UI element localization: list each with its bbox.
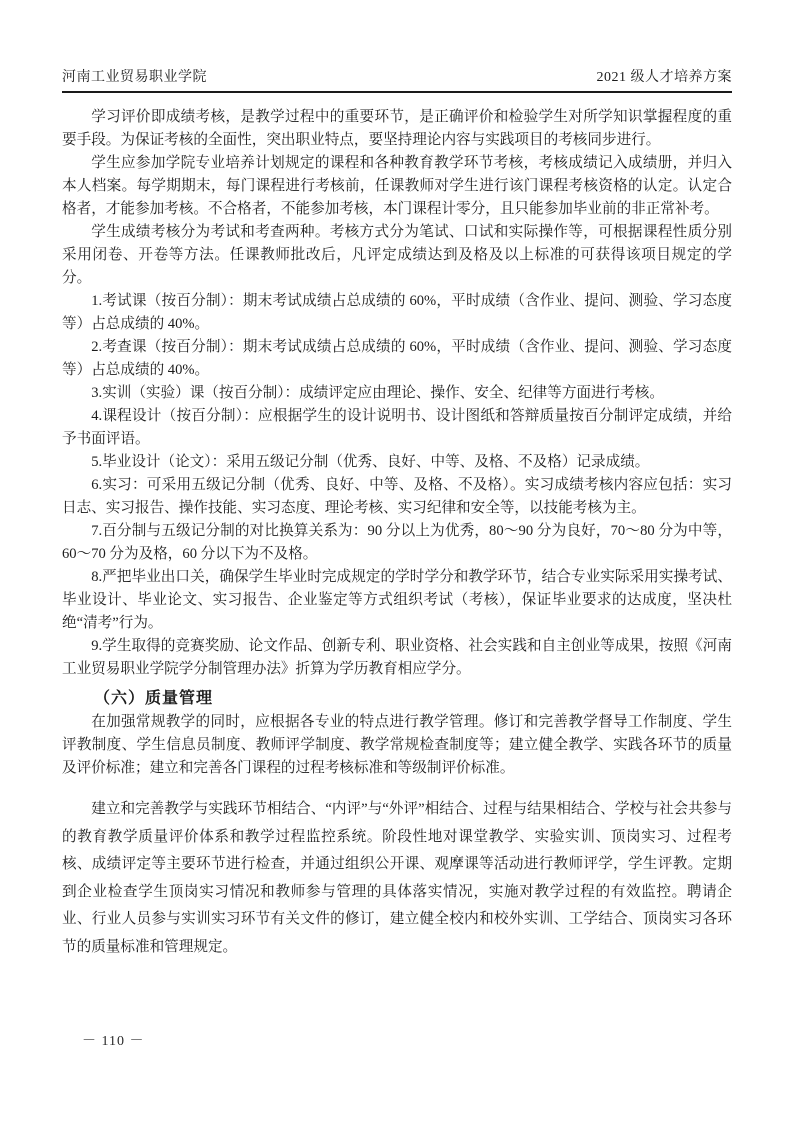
list-item-1-exam-course: 1.考试课（按百分制）：期末考试成绩占总成绩的 60%，平时成绩（含作业、提问、…	[62, 290, 732, 336]
page-header: 河南工业贸易职业学院 2021 级人才培养方案	[62, 66, 732, 93]
paragraph-grade-assessment-intro: 学习评价即成绩考核，是教学过程中的重要环节，是正确评价和检验学生对所学知识掌握程…	[62, 106, 732, 152]
page-footer: － 110 －	[82, 1030, 144, 1050]
paragraph-assessment-types: 学生成绩考核分为考试和考查两种。考核方式分为笔试、口试和实际操作等，可根据课程性…	[62, 221, 732, 290]
header-plan-title: 2021 级人才培养方案	[597, 66, 733, 86]
list-item-5-graduation-design: 5.毕业设计（论文）：采用五级记分制（优秀、良好、中等、及格、不及格）记录成绩。	[62, 451, 732, 474]
page-number: － 110 －	[82, 1034, 144, 1049]
page-body: 学习评价即成绩考核，是教学过程中的重要环节，是正确评价和检验学生对所学知识掌握程…	[62, 106, 732, 961]
paragraph-assessment-qualification: 学生应参加学院专业培养计划规定的课程和各种教育教学环节考核，考核成绩记入成绩册，…	[62, 152, 732, 221]
list-item-4-course-design: 4.课程设计（按百分制）：应根据学生的设计说明书、设计图纸和答辩质量按百分制评定…	[62, 405, 732, 451]
header-school-name: 河南工业贸易职业学院	[62, 66, 207, 86]
list-item-7-score-conversion: 7.百分制与五级记分制的对比换算关系为：90 分以上为优秀，80～90 分为良好…	[62, 520, 732, 566]
list-item-9-achievement-credits: 9.学生取得的竞赛奖励、论文作品、创新专利、职业资格、社会实践和自主创业等成果，…	[62, 635, 732, 681]
document-page: 河南工业贸易职业学院 2021 级人才培养方案 学习评价即成绩考核，是教学过程中…	[0, 0, 793, 1122]
list-item-2-check-course: 2.考查课（按百分制）：期末考试成绩占总成绩的 60%，平时成绩（含作业、提问、…	[62, 336, 732, 382]
paragraph-quality-management-systems: 在加强常规教学的同时，应根据各专业的特点进行教学管理。修订和完善教学督导工作制度…	[62, 711, 732, 780]
section-heading-quality-management: （六）质量管理	[62, 686, 732, 711]
list-item-3-practical-course: 3.实训（实验）课（按百分制）：成绩评定应由理论、操作、安全、纪律等方面进行考核…	[62, 382, 732, 405]
paragraph-quality-evaluation-monitoring: 建立和完善教学与实践环节相结合、“内评”与“外评”相结合、过程与结果相结合、学校…	[62, 796, 732, 961]
list-item-8-graduation-exit: 8.严把毕业出口关，确保学生毕业时完成规定的学时学分和教学环节，结合专业实际采用…	[62, 566, 732, 635]
list-item-6-internship: 6.实习：可采用五级记分制（优秀、良好、中等、及格、不及格）。实习成绩考核内容应…	[62, 474, 732, 520]
